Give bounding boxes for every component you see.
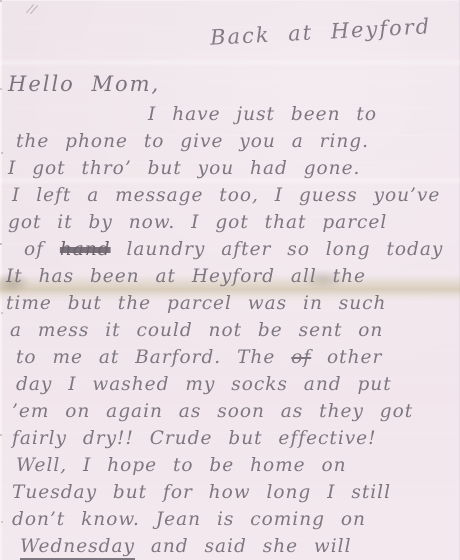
letter-heading: Back at Heyford [210,14,432,50]
letter-line: a mess it could not be sent on [0,317,456,344]
scan-edge-marks [0,0,2,2]
letter-line: ’em on again as soon as they got [0,398,456,425]
handwriting-text: fairly dry!! Crude but effective! [12,428,377,449]
handwriting-text: ’em on again as soon as they got [12,401,413,422]
letter-salutation: Hello Mom, [8,72,160,96]
letter-line: of hand laundry after so long today [0,236,456,263]
letter-line: Tuesday but for how long I still [0,479,456,506]
letter-line: I got thro’ but you had gone. [0,155,456,182]
underlined-word: Wednesday [20,536,135,557]
letter-line: Wednesday and said she will [0,533,456,560]
letter-line: the phone to give you a ring. [0,128,456,155]
handwriting-text: other [311,347,382,368]
letter-body: I have just been tothe phone to give you… [0,101,456,560]
letter-line: time but the parcel was in such [0,290,456,317]
letter-page: // Back at Heyford Hello Mom, I have jus… [0,0,460,560]
letter-line: to me at Barford. The of other [0,344,456,371]
handwriting-text: I have just been to [148,104,377,125]
letter-line: day I washed my socks and put [0,371,456,398]
handwriting-text: a mess it could not be sent on [10,320,383,341]
handwriting-text: time but the parcel was in such [6,293,386,314]
struck-out-word: of [291,347,311,368]
handwriting-text: It has been at Heyford all the [6,266,366,287]
scribbled-out-word: hand [60,239,111,260]
handwriting-text: Tuesday but for how long I still [12,482,391,503]
handwriting-text: I left a message too, I guess you’ve [12,185,440,206]
letter-line: It has been at Heyford all the [0,263,456,290]
handwriting-text: I got thro’ but you had gone. [8,158,360,179]
letter-line: Well, I hope to be home on [0,452,456,479]
faint-fold-crease [0,58,460,67]
handwriting-text: got it by now. I got that parcel [8,212,387,233]
handwriting-text: the phone to give you a ring. [16,131,369,152]
handwriting-text: to me at Barford. The [16,347,291,368]
letter-line: I left a message too, I guess you’ve [0,182,456,209]
letter-line: got it by now. I got that parcel [0,209,456,236]
letter-line: fairly dry!! Crude but effective! [0,425,456,452]
letter-line: I have just been to [0,101,456,128]
letter-line: don’t know. Jean is coming on [0,506,456,533]
handwriting-text: laundry after so long today [111,239,444,260]
handwriting-text: Well, I hope to be home on [16,455,347,476]
handwriting-text: of [24,239,60,260]
handwriting-text: and said she will [135,536,352,557]
pencil-mark: // [26,1,37,17]
handwriting-text: day I washed my socks and put [16,374,392,395]
handwriting-text: don’t know. Jean is coming on [12,509,366,530]
